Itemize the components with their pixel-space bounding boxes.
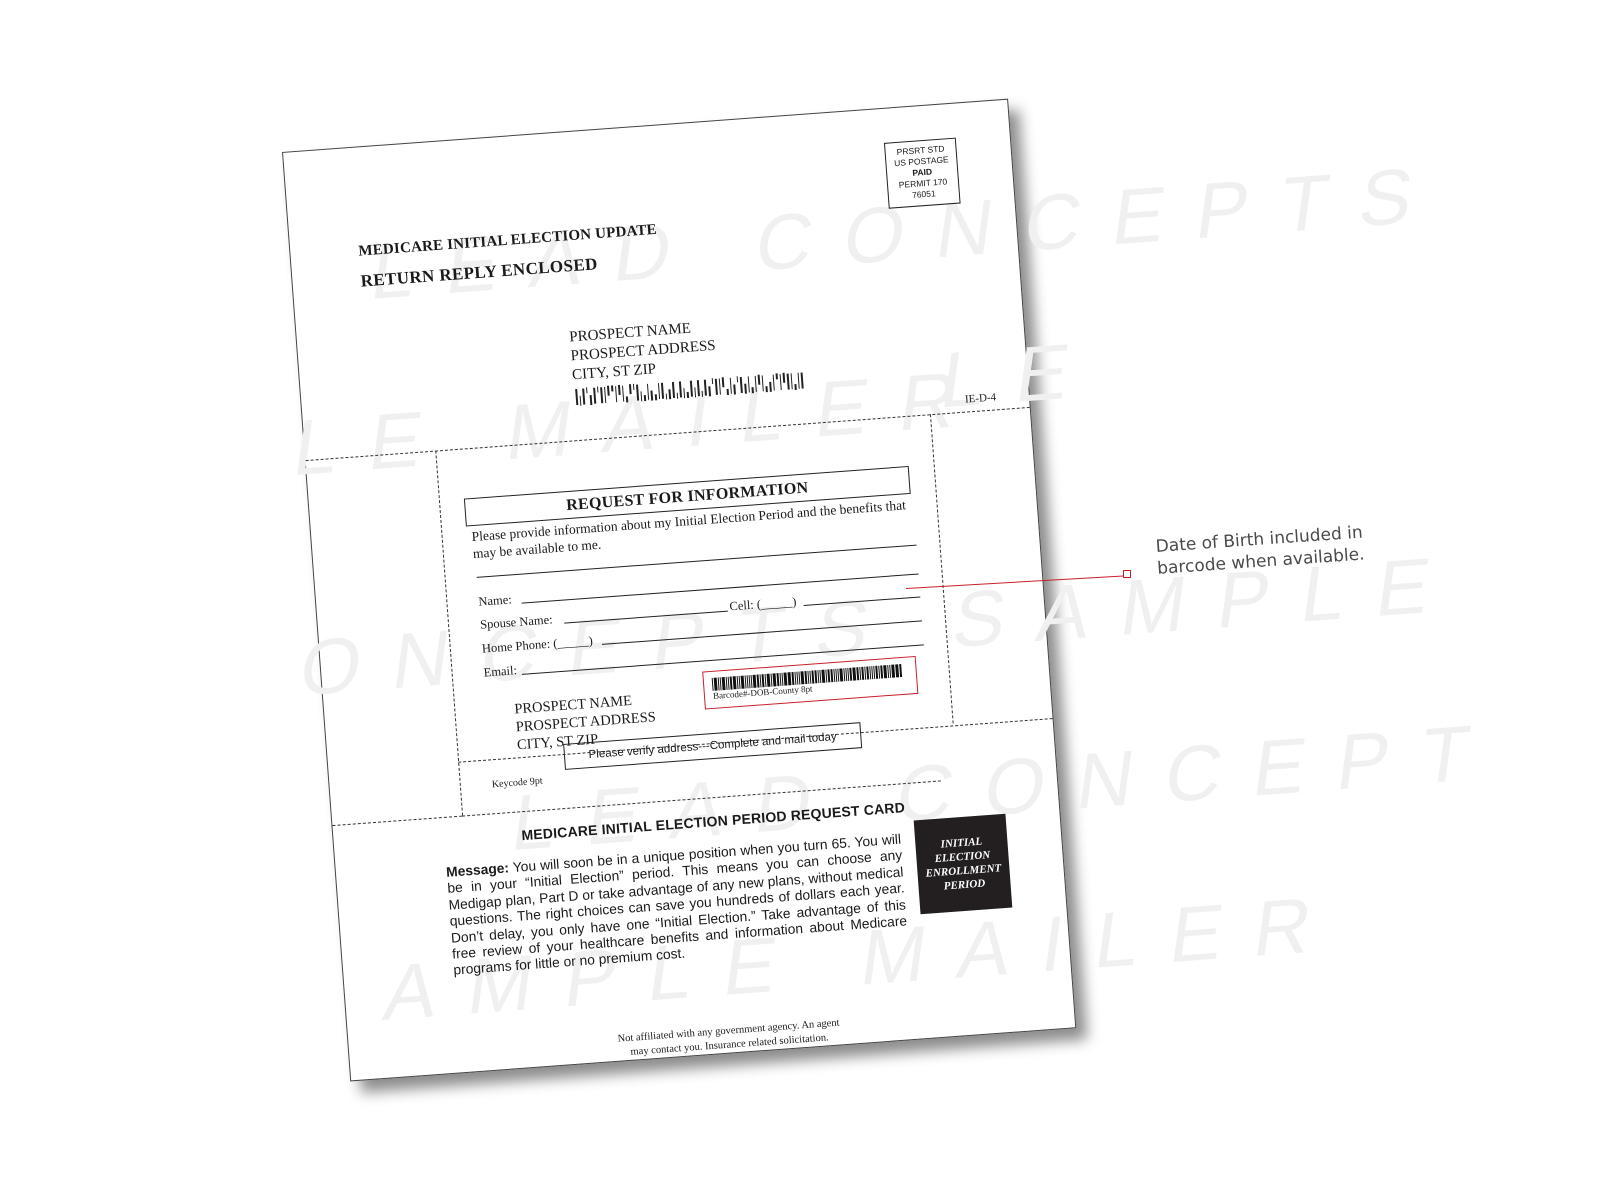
- recipient-address-block: PROSPECT NAME PROSPECT ADDRESS CITY, ST …: [569, 318, 718, 385]
- home-phone-label: Home Phone: (_____): [481, 634, 593, 657]
- message-body: You will soon be in a unique position wh…: [447, 832, 908, 979]
- cell-field[interactable]: [804, 596, 921, 606]
- postage-indicia: PRSRT STD US POSTAGE PAID PERMIT 170 760…: [884, 138, 961, 209]
- name-label: Name:: [478, 592, 512, 609]
- dob-barcode-highlight: Barcode#-DOB-County 8pt: [702, 656, 918, 710]
- mailer-sheet: LEAD CONCEPTS LE MAILER LE ONCEPTS SAMPL…: [282, 99, 1076, 1082]
- cell-label: Cell: (_____): [729, 595, 797, 615]
- email-label: Email:: [483, 663, 517, 680]
- perforation-line: [930, 414, 954, 723]
- perforation-line: [306, 407, 1030, 461]
- disclaimer: Not affiliated with any government agenc…: [598, 1015, 859, 1062]
- keycode: Keycode 9pt: [492, 776, 543, 791]
- home-phone-field[interactable]: [602, 620, 922, 645]
- dob-annotation: Date of Birth included in barcode when a…: [1155, 522, 1365, 580]
- spouse-name-field[interactable]: [564, 611, 728, 624]
- callout-endpoint-icon: [1123, 570, 1131, 578]
- spouse-name-label: Spouse Name:: [480, 612, 553, 632]
- card-message: Message: You will soon be in a unique po…: [446, 832, 909, 980]
- name-field[interactable]: [522, 574, 919, 604]
- mailer-header: MEDICARE INITIAL ELECTION UPDATE: [358, 222, 658, 261]
- perforation-line: [332, 816, 462, 827]
- enrollment-period-badge: INITIAL ELECTION ENROLLMENT PERIOD: [914, 814, 1013, 914]
- mailer-subheader: RETURN REPLY ENCLOSED: [360, 254, 598, 291]
- version-code: IE-D-4: [965, 391, 997, 405]
